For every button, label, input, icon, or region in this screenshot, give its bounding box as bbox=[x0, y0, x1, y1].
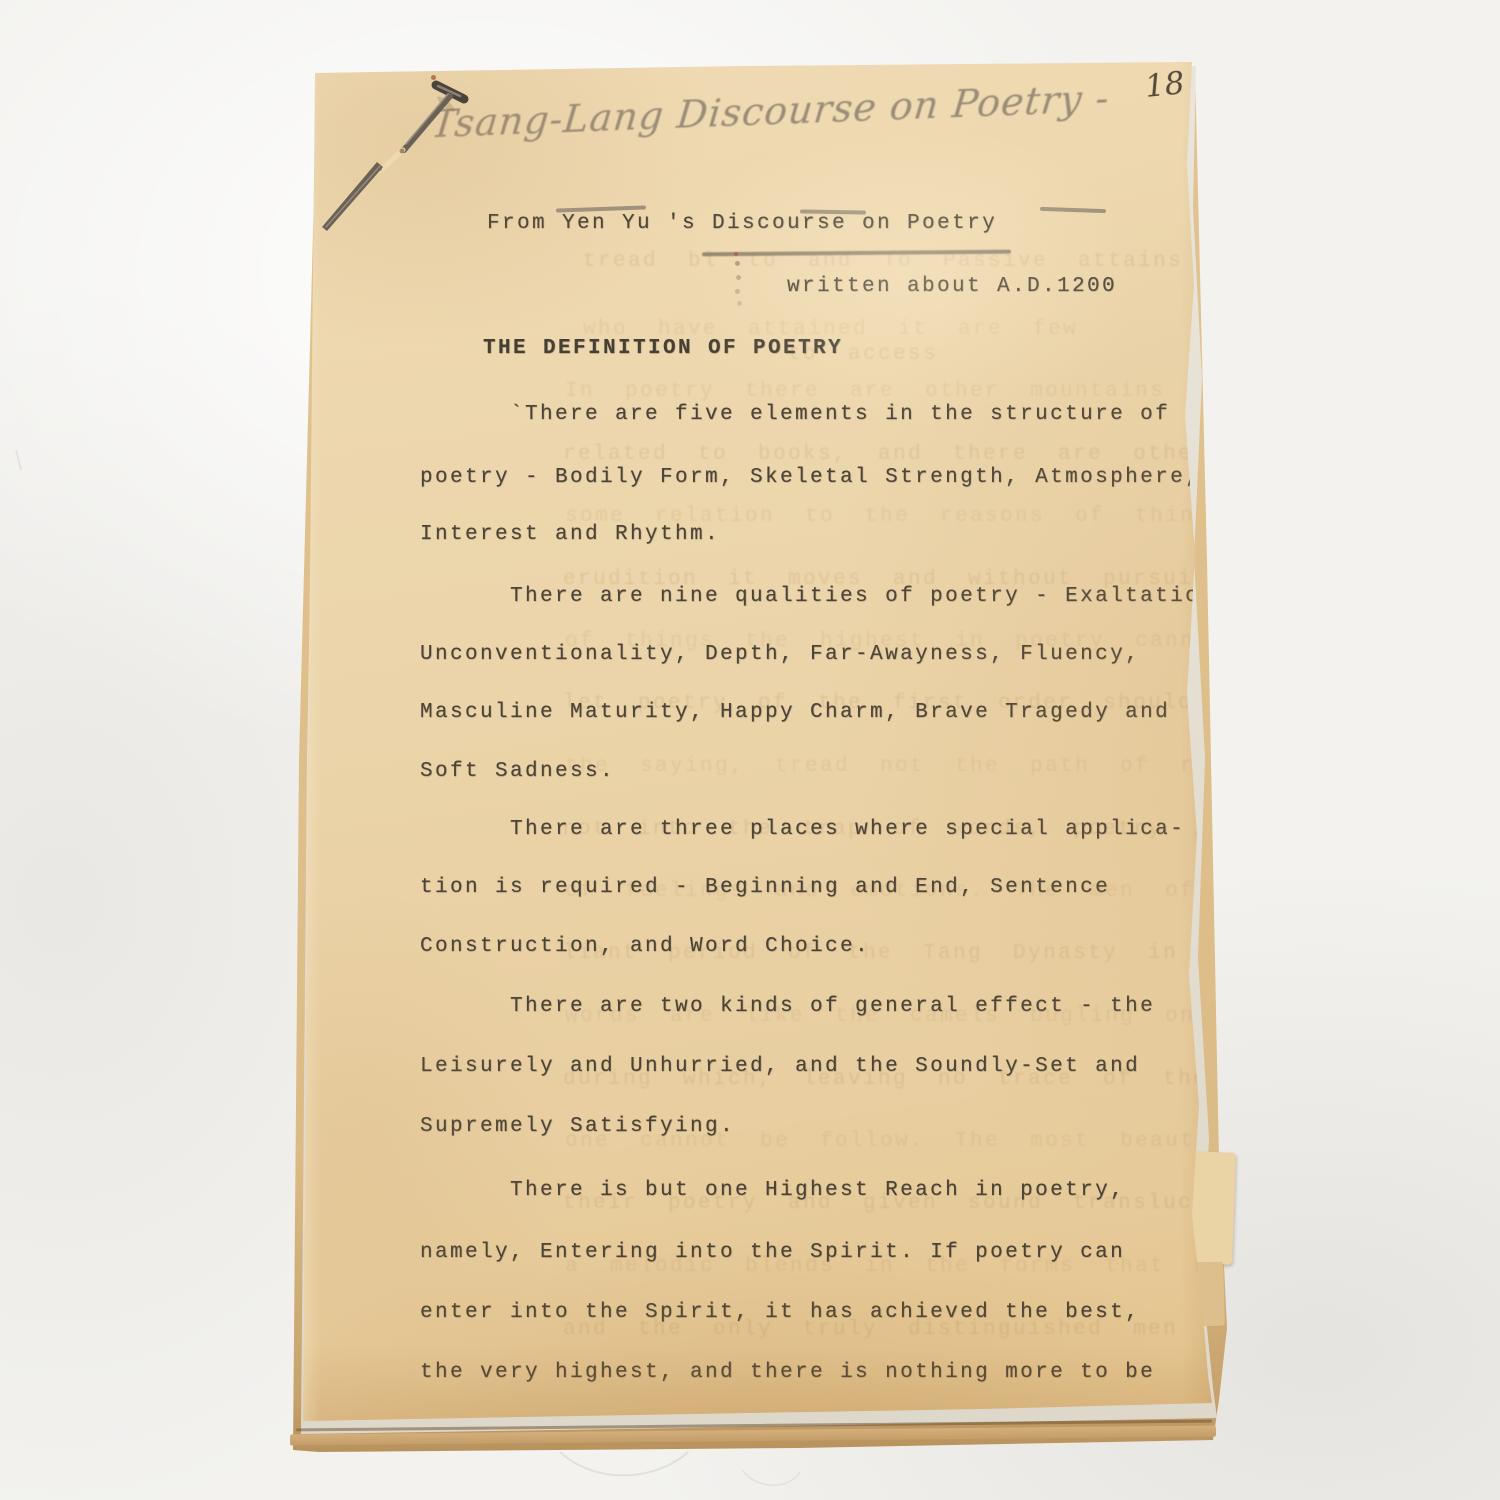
ghost-text-line: related to books, and there are other bbox=[563, 443, 1208, 466]
typed-line: Unconventionality, Depth, Far-Awayness, … bbox=[420, 642, 1140, 668]
typed-line: tion is required - Beginning and End, Se… bbox=[420, 875, 1110, 901]
ghost-text-line: In poetry there are other mountains bbox=[565, 380, 1165, 403]
typed-line: poetry - Bodily Form, Skeletal Strength,… bbox=[420, 465, 1200, 491]
typed-line: Interest and Rhythm. bbox=[420, 522, 720, 548]
photo-canvas: { "page": { "number": "18", "handwritten… bbox=[0, 0, 1500, 1500]
pencil-underline bbox=[702, 250, 1011, 256]
typed-line: the very highest, and there is nothing m… bbox=[420, 1360, 1155, 1386]
handwritten-title: Tsang-Lang Discourse on Poetry - bbox=[429, 76, 1112, 146]
typed-line: `There are five elements in the structur… bbox=[420, 402, 1170, 428]
ghost-text-line: the saying, tread not the path of reason bbox=[565, 755, 1270, 778]
typed-line: Supremely Satisfying. bbox=[420, 1114, 735, 1140]
typed-line: There are two kinds of general effect - … bbox=[420, 994, 1155, 1020]
ink-smudge bbox=[735, 261, 740, 266]
typed-line: enter into the Spirit, it has achieved t… bbox=[420, 1300, 1140, 1326]
typed-line: There are three places where special app… bbox=[420, 817, 1185, 843]
pencil-underline-dash bbox=[1040, 207, 1106, 213]
typed-line: Leisurely and Unhurried, and the Soundly… bbox=[420, 1054, 1140, 1080]
typed-byline: From Yen Yu 's Discourse on Poetry bbox=[487, 211, 997, 237]
typed-line: There are nine qualities of poetry - Exa… bbox=[420, 584, 1215, 610]
typed-line: namely, Entering into the Spirit. If poe… bbox=[420, 1240, 1125, 1266]
typed-line: Masculine Maturity, Happy Charm, Brave T… bbox=[420, 700, 1170, 726]
manuscript-page: tread bl to and To Passive attains who h… bbox=[283, 55, 1228, 1427]
rust-speck bbox=[431, 75, 436, 80]
typed-line: Construction, and Word Choice. bbox=[420, 934, 870, 960]
typed-line: There is but one Highest Reach in poetry… bbox=[420, 1178, 1125, 1204]
rust-speck bbox=[734, 252, 738, 256]
typed-line: Soft Sadness. bbox=[420, 759, 615, 785]
typed-section-heading: THE DEFINITION OF POETRY bbox=[483, 336, 843, 362]
page-number: 18 bbox=[1143, 65, 1186, 105]
typed-dateline: written about A.D.1200 bbox=[787, 274, 1117, 300]
paper-texture bbox=[283, 55, 1228, 1427]
